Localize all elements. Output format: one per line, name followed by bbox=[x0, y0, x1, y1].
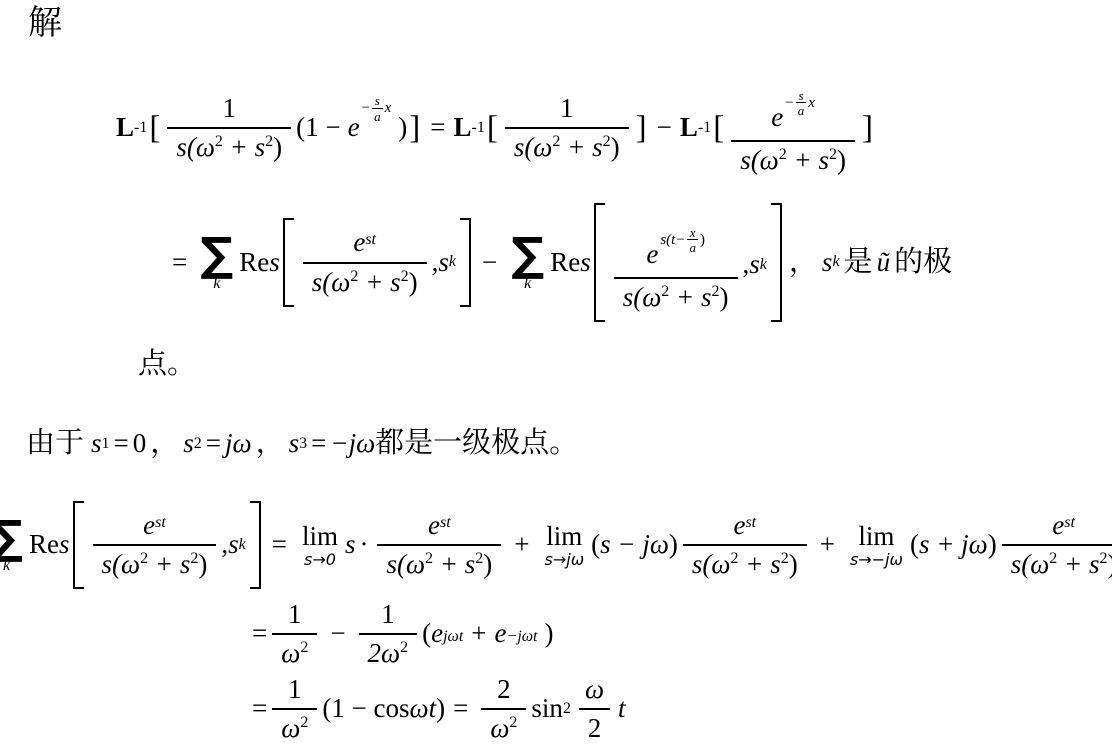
fraction: 1 s(ω2 + s2) bbox=[167, 93, 291, 163]
den-part: ) bbox=[837, 145, 846, 175]
left-big-bracket bbox=[283, 218, 294, 306]
sub-3: 3 bbox=[299, 435, 307, 453]
minus-sign: − bbox=[362, 100, 370, 117]
minus-sign: − bbox=[657, 112, 672, 143]
value-0: 0 bbox=[133, 428, 147, 459]
tiny-fraction: sa bbox=[796, 89, 807, 118]
summation: ∑ k bbox=[0, 517, 23, 574]
equals-sign: = bbox=[252, 693, 267, 724]
e-exponent: st bbox=[745, 514, 756, 531]
equation-line-6: = 1 ω2 − 1 2ω2 ( ejωt + e−jωt ) bbox=[252, 596, 554, 672]
fraction: 1 2ω2 bbox=[359, 599, 418, 669]
exp-part: ) bbox=[700, 232, 705, 249]
laplace-L: L bbox=[680, 112, 698, 143]
one-minus-cos: (1 − cos bbox=[322, 693, 409, 724]
plus-sign: + bbox=[820, 529, 835, 560]
paren-open-one-minus: (1 − bbox=[296, 112, 340, 143]
e-exponent: − s a x bbox=[362, 94, 392, 123]
fullwidth-comma: ， bbox=[150, 427, 179, 460]
denominator: ω2 bbox=[481, 708, 526, 744]
pole-k: k bbox=[832, 253, 839, 271]
tiny-numerator: s bbox=[373, 94, 382, 108]
right-big-bracket bbox=[460, 218, 471, 306]
sup-2: 2 bbox=[509, 714, 517, 731]
e-base: e bbox=[771, 102, 783, 132]
denominator: s(ω2 + s2) bbox=[614, 277, 738, 313]
den-part: s(ω bbox=[623, 282, 662, 312]
comma: , bbox=[221, 529, 228, 560]
fullwidth-comma: ， bbox=[789, 246, 818, 279]
laplace-inverse-sup: -1 bbox=[698, 119, 711, 137]
denominator: ω2 bbox=[272, 708, 317, 744]
right-big-bracket bbox=[771, 203, 782, 322]
den-part: + s bbox=[787, 145, 829, 175]
lim-subscript: s→0 bbox=[304, 552, 336, 568]
e-base: e bbox=[646, 239, 658, 269]
equals-sign: = bbox=[453, 693, 468, 724]
den-part: + s bbox=[669, 282, 711, 312]
den-part: ) bbox=[409, 267, 418, 297]
fraction: 2 ω2 bbox=[481, 674, 526, 744]
fraction: est s(ω2 + s2) bbox=[303, 227, 427, 297]
pole-k: k bbox=[239, 536, 246, 554]
fraction: ω 2 bbox=[576, 674, 613, 744]
sup-2: 2 bbox=[1100, 550, 1108, 567]
fullwidth-comma: ， bbox=[256, 427, 285, 460]
tiny-denominator: a bbox=[687, 239, 698, 255]
equation-line-4: 由于 s1 =0 ， s2 =jω ， s3 =−jω 都是一级极点。 bbox=[26, 416, 578, 472]
plus-sign: + bbox=[514, 529, 529, 560]
e-exponent: −jωt bbox=[507, 628, 538, 646]
paren-open: ( bbox=[910, 529, 919, 560]
sub-1: 1 bbox=[102, 435, 110, 453]
comma: , bbox=[432, 247, 439, 278]
den-part: + s bbox=[223, 132, 265, 162]
e-base: e bbox=[428, 510, 440, 540]
numerator: es(t−xa) bbox=[637, 217, 714, 277]
den-part: ) bbox=[198, 549, 207, 579]
exp-x: x bbox=[385, 100, 392, 117]
numerator: 2 bbox=[488, 674, 520, 708]
lim-word: lim bbox=[302, 523, 338, 550]
den-part: s(ω bbox=[176, 132, 215, 162]
den-part: ) bbox=[720, 282, 729, 312]
e-base: e bbox=[143, 510, 155, 540]
e-base: e bbox=[348, 112, 360, 143]
solution-heading: 解 bbox=[28, 4, 62, 43]
den-part: s(ω bbox=[386, 549, 425, 579]
equation-line-5: ∑ k Res est s(ω2 + s2) ,sk = lim s→0 s ·… bbox=[0, 484, 1112, 606]
minus-sign: − bbox=[785, 95, 793, 112]
text-all-first-order-poles: 都是一级极点。 bbox=[375, 427, 578, 460]
cdot: · bbox=[359, 529, 368, 560]
right-bracket: ] bbox=[409, 110, 420, 148]
equals-sign: = bbox=[311, 428, 326, 459]
omega-t: ωt bbox=[410, 693, 437, 724]
pole-s: s bbox=[749, 249, 760, 280]
numerator: 1 bbox=[372, 599, 404, 633]
den-part: ω bbox=[281, 713, 300, 743]
text-since: 由于 bbox=[26, 427, 84, 460]
document-page: { "page": { "background": "#ffffff", "te… bbox=[0, 0, 1112, 752]
sup-2: 2 bbox=[300, 639, 308, 656]
minus-sign: − bbox=[330, 618, 345, 649]
den-part: ) bbox=[789, 549, 798, 579]
minus-sign: − bbox=[482, 247, 497, 278]
residue-group: es(t−xa) s(ω2 + s2) ,sk bbox=[594, 203, 782, 322]
lim-word: lim bbox=[546, 523, 582, 550]
laplace-L: L bbox=[116, 112, 134, 143]
u-tilde: ũ bbox=[877, 247, 891, 278]
sup-2: 2 bbox=[215, 133, 223, 150]
limit-operator: lim s→−jω bbox=[850, 523, 903, 568]
den-part: s(ω bbox=[514, 132, 553, 162]
laplace-inverse-sup: -1 bbox=[134, 119, 147, 137]
tiny-denominator: a bbox=[372, 108, 383, 124]
sup-2: 2 bbox=[140, 550, 148, 567]
e-base: e bbox=[353, 227, 365, 257]
sup-2: 2 bbox=[300, 714, 308, 731]
e-base: e bbox=[431, 618, 443, 649]
e-base: e bbox=[733, 510, 745, 540]
e-exponent: s(t−xa) bbox=[660, 226, 705, 255]
numerator: est bbox=[134, 510, 175, 544]
left-bracket: [ bbox=[713, 110, 724, 148]
denominator: 2ω2 bbox=[359, 633, 418, 669]
sub-2: 2 bbox=[194, 435, 202, 453]
lim-subscript: s→jω bbox=[545, 552, 585, 568]
numerator: ω bbox=[576, 674, 613, 708]
denominator: s(ω2 + s2) bbox=[505, 127, 629, 163]
den-part: ) bbox=[273, 132, 282, 162]
den-part: ω bbox=[490, 713, 509, 743]
equals-sign: = bbox=[206, 428, 221, 459]
solution-label: 解 bbox=[28, 4, 62, 43]
text-is: 是 bbox=[844, 246, 873, 279]
denominator: ω2 bbox=[272, 633, 317, 669]
right-big-bracket bbox=[250, 501, 261, 589]
sup-2: 2 bbox=[712, 283, 720, 300]
residue-group: est s(ω2 + s2) ,sk bbox=[73, 501, 261, 589]
fraction: est s(ω2 + s2) bbox=[93, 510, 217, 580]
pole-k: k bbox=[449, 253, 456, 271]
den-part: s(ω bbox=[740, 145, 779, 175]
denominator: s(ω2 + s2) bbox=[303, 262, 427, 298]
paren-close: ) bbox=[669, 529, 678, 560]
e-exponent: −sax bbox=[785, 89, 815, 118]
e-exponent: st bbox=[365, 231, 376, 248]
den-part: ) bbox=[483, 549, 492, 579]
plus-sign: + bbox=[471, 618, 486, 649]
denominator: s(ω2 + s2) bbox=[731, 140, 855, 176]
e-exponent: st bbox=[1064, 514, 1075, 531]
numerator: e−sax bbox=[762, 80, 824, 140]
equals-sign: = bbox=[172, 247, 187, 278]
equation-line-7: = 1 ω2 (1 − cos ωt) = 2 ω2 sin2 ω 2 t bbox=[252, 670, 626, 748]
den-part: 2ω bbox=[368, 638, 401, 668]
laplace-inverse-sup: -1 bbox=[471, 119, 484, 137]
res-s: s bbox=[59, 529, 70, 560]
denominator: s(ω2 + s2) bbox=[1002, 544, 1112, 580]
numerator: 1 bbox=[279, 674, 311, 708]
res-operator: Re bbox=[29, 529, 59, 560]
e-base: e bbox=[1052, 510, 1064, 540]
left-big-bracket bbox=[594, 203, 605, 322]
sup-2: 2 bbox=[781, 550, 789, 567]
den-part: s(ω bbox=[1011, 549, 1050, 579]
sum-index: k bbox=[213, 277, 220, 291]
paren-close: ) bbox=[398, 112, 407, 143]
lim-subscript: s→−jω bbox=[850, 552, 903, 568]
factor-s-plus-jw: s + jω bbox=[919, 529, 988, 560]
residue-group: est s(ω2 + s2) ,sk bbox=[283, 218, 471, 306]
denominator: s(ω2 + s2) bbox=[167, 127, 291, 163]
tiny-numerator: s bbox=[796, 89, 805, 103]
equation-line-2: = ∑ k Res est s(ω2 + s2) ,sk − ∑ k Res e… bbox=[172, 190, 956, 335]
sup-2: 2 bbox=[603, 133, 611, 150]
tiny-fraction: s a bbox=[372, 94, 383, 123]
text-of-pole: 的极 bbox=[894, 246, 952, 279]
res-s: s bbox=[580, 247, 591, 278]
sigma-symbol: ∑ bbox=[0, 517, 23, 558]
right-bracket: ] bbox=[862, 110, 873, 148]
sup-2: 2 bbox=[400, 639, 408, 656]
fraction: est s(ω2 + s2) bbox=[377, 510, 501, 580]
sum-index: k bbox=[3, 559, 10, 573]
sigma-symbol: ∑ bbox=[511, 234, 544, 275]
den-part: + s bbox=[433, 549, 475, 579]
fraction: e−sax s(ω2 + s2) bbox=[731, 80, 855, 176]
e-exponent: st bbox=[440, 514, 451, 531]
sigma-symbol: ∑ bbox=[200, 234, 233, 275]
e-exponent: jωt bbox=[443, 628, 463, 646]
den-part: s(ω bbox=[102, 549, 141, 579]
equals-sign: = bbox=[430, 112, 445, 143]
pole-s1: s bbox=[91, 428, 102, 459]
left-big-bracket bbox=[73, 501, 84, 589]
e-exponent: st bbox=[155, 514, 166, 531]
paren-close: ) bbox=[436, 693, 445, 724]
tiny-fraction: xa bbox=[687, 226, 698, 255]
den-part: s(ω bbox=[312, 267, 351, 297]
variable-t: t bbox=[618, 693, 626, 724]
pole-s: s bbox=[822, 247, 833, 278]
numerator: 1 bbox=[213, 93, 245, 127]
exp-x: x bbox=[808, 95, 815, 112]
paren-close: ) bbox=[545, 618, 554, 649]
res-operator: Re bbox=[239, 247, 269, 278]
factor-s: s bbox=[345, 529, 356, 560]
paren-open: ( bbox=[591, 529, 600, 560]
limit-operator: lim s→0 bbox=[302, 523, 338, 568]
numerator: est bbox=[1043, 510, 1084, 544]
den-part: s(ω bbox=[692, 549, 731, 579]
equals-sign: = bbox=[252, 618, 267, 649]
factor-s-minus-jw: s − jω bbox=[600, 529, 669, 560]
sup-2: 2 bbox=[401, 268, 409, 285]
numerator: 1 bbox=[279, 599, 311, 633]
denominator: 2 bbox=[579, 708, 611, 744]
equation-line-1: L-1[ 1 s(ω2 + s2) (1 − e − s a x )] = L-… bbox=[116, 72, 875, 184]
numerator: est bbox=[724, 510, 765, 544]
numerator: 1 bbox=[551, 93, 583, 127]
fraction: 1 s(ω2 + s2) bbox=[505, 93, 629, 163]
pole-s: s bbox=[438, 247, 449, 278]
sup-2: 2 bbox=[265, 133, 273, 150]
paren-close: ) bbox=[988, 529, 997, 560]
equation-line-3: 点。 bbox=[138, 348, 196, 381]
fraction: 1 ω2 bbox=[272, 674, 317, 744]
den-part: + s bbox=[738, 549, 780, 579]
value-neg-jw: −jω bbox=[330, 428, 375, 459]
den-part: + s bbox=[1057, 549, 1099, 579]
fraction: est s(ω2 + s2) bbox=[1002, 510, 1112, 580]
sum-index: k bbox=[524, 277, 531, 291]
den-part: ω bbox=[281, 638, 300, 668]
laplace-L: L bbox=[453, 112, 471, 143]
den-part: ) bbox=[611, 132, 620, 162]
sin-squared: 2 bbox=[563, 700, 571, 718]
exp-part: s(t− bbox=[660, 232, 685, 249]
summation: ∑ k bbox=[200, 234, 233, 291]
denominator: s(ω2 + s2) bbox=[683, 544, 807, 580]
left-bracket: [ bbox=[487, 110, 498, 148]
fraction: est s(ω2 + s2) bbox=[683, 510, 807, 580]
pole-k: k bbox=[760, 256, 767, 274]
den-part: + s bbox=[358, 267, 400, 297]
text-dian: 点。 bbox=[138, 348, 196, 381]
res-operator: Re bbox=[550, 247, 580, 278]
numerator: est bbox=[419, 510, 460, 544]
denominator: s(ω2 + s2) bbox=[377, 544, 501, 580]
tiny-denominator: a bbox=[796, 102, 807, 118]
pole-s: s bbox=[228, 529, 239, 560]
equals-sign: = bbox=[114, 428, 129, 459]
res-s: s bbox=[269, 247, 280, 278]
value-jw: jω bbox=[225, 428, 252, 459]
fraction: 1 ω2 bbox=[272, 599, 317, 669]
right-bracket: ] bbox=[636, 110, 647, 148]
e-base: e bbox=[495, 618, 507, 649]
paren-open: ( bbox=[422, 618, 431, 649]
left-bracket: [ bbox=[149, 110, 160, 148]
pole-s3: s bbox=[289, 428, 300, 459]
sup-2: 2 bbox=[425, 550, 433, 567]
pole-s2: s bbox=[183, 428, 194, 459]
fraction: es(t−xa) s(ω2 + s2) bbox=[614, 217, 738, 313]
sup-2: 2 bbox=[829, 146, 837, 163]
sin-operator: sin bbox=[531, 693, 563, 724]
equals-sign: = bbox=[272, 529, 287, 560]
denominator: s(ω2 + s2) bbox=[93, 544, 217, 580]
sup-2: 2 bbox=[779, 146, 787, 163]
den-part: + s bbox=[560, 132, 602, 162]
den-part: + s bbox=[148, 549, 190, 579]
den-part: ) bbox=[1108, 549, 1112, 579]
tiny-numerator: x bbox=[688, 226, 698, 240]
comma: , bbox=[743, 249, 750, 280]
numerator: est bbox=[344, 227, 385, 261]
summation: ∑ k bbox=[511, 234, 544, 291]
lim-word: lim bbox=[858, 523, 894, 550]
limit-operator: lim s→jω bbox=[545, 523, 585, 568]
